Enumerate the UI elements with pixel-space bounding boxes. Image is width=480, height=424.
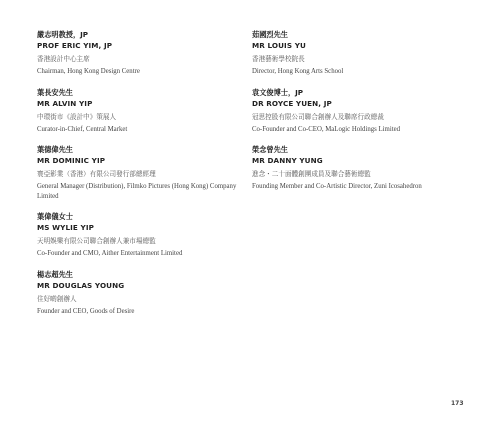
left-column: 嚴志明教授，JP PROF ERIC YIM, JP 香港設計中心主席 Chai… (37, 30, 247, 327)
english-title: Chairman, Hong Kong Design Centre (37, 67, 247, 77)
english-name: DR ROYCE YUEN, JP (252, 98, 462, 109)
english-title: Founder and CEO, Goods of Desire (37, 307, 247, 317)
chinese-name: 嚴志明教授，JP (37, 30, 247, 40)
english-title: Curator-in-Chief, Central Market (37, 125, 247, 135)
english-title: Co-Founder and CMO, Aither Entertainment… (37, 249, 247, 259)
english-title: General Manager (Distribution), Filmko P… (37, 182, 247, 201)
chinese-name: 葉長安先生 (37, 88, 247, 98)
chinese-title: 香港藝術學校院長 (252, 54, 462, 64)
chinese-title: 香港設計中心主席 (37, 54, 247, 64)
chinese-title: 天明娛樂有限公司聯合創辦人兼市場總監 (37, 236, 247, 246)
person-entry: 葉偉儀女士 MS WYLIE YIP 天明娛樂有限公司聯合創辦人兼市場總監 Co… (37, 212, 247, 259)
english-name: MR ALVIN YIP (37, 98, 247, 109)
english-title: Founding Member and Co-Artistic Director… (252, 182, 462, 192)
chinese-name: 葉德偉先生 (37, 145, 247, 155)
person-entry: 葉德偉先生 MR DOMINIC YIP 寰亞影業（香港）有限公司發行部總經理 … (37, 145, 247, 201)
person-entry: 茹國烈先生 MR LOUIS YU 香港藝術學校院長 Director, Hon… (252, 30, 462, 77)
chinese-title: 冠思控股有限公司聯合創辦人及聯席行政總裁 (252, 112, 462, 122)
person-entry: 袁文俊博士，JP DR ROYCE YUEN, JP 冠思控股有限公司聯合創辦人… (252, 88, 462, 135)
right-column: 茹國烈先生 MR LOUIS YU 香港藝術學校院長 Director, Hon… (252, 30, 462, 203)
english-title: Director, Hong Kong Arts School (252, 67, 462, 77)
chinese-title: 住好啲創辦人 (37, 294, 247, 304)
english-name: PROF ERIC YIM, JP (37, 40, 247, 51)
english-name: MR DOMINIC YIP (37, 155, 247, 166)
page-number: 173 (451, 400, 464, 407)
english-name: MR DOUGLAS YOUNG (37, 280, 247, 291)
chinese-name: 袁文俊博士，JP (252, 88, 462, 98)
chinese-name: 茹國烈先生 (252, 30, 462, 40)
chinese-title: 進念・二十面體創團成員及聯合藝術總監 (252, 169, 462, 179)
english-title: Co-Founder and Co-CEO, MaLogic Holdings … (252, 125, 462, 135)
english-name: MS WYLIE YIP (37, 222, 247, 233)
person-entry: 嚴志明教授，JP PROF ERIC YIM, JP 香港設計中心主席 Chai… (37, 30, 247, 77)
english-name: MR DANNY YUNG (252, 155, 462, 166)
person-entry: 榮念曾先生 MR DANNY YUNG 進念・二十面體創團成員及聯合藝術總監 F… (252, 145, 462, 192)
english-name: MR LOUIS YU (252, 40, 462, 51)
person-entry: 楊志超先生 MR DOUGLAS YOUNG 住好啲創辦人 Founder an… (37, 270, 247, 317)
chinese-title: 中環街市《設計中》策展人 (37, 112, 247, 122)
chinese-name: 楊志超先生 (37, 270, 247, 280)
chinese-name: 榮念曾先生 (252, 145, 462, 155)
chinese-name: 葉偉儀女士 (37, 212, 247, 222)
person-entry: 葉長安先生 MR ALVIN YIP 中環街市《設計中》策展人 Curator-… (37, 88, 247, 135)
chinese-title: 寰亞影業（香港）有限公司發行部總經理 (37, 169, 247, 179)
